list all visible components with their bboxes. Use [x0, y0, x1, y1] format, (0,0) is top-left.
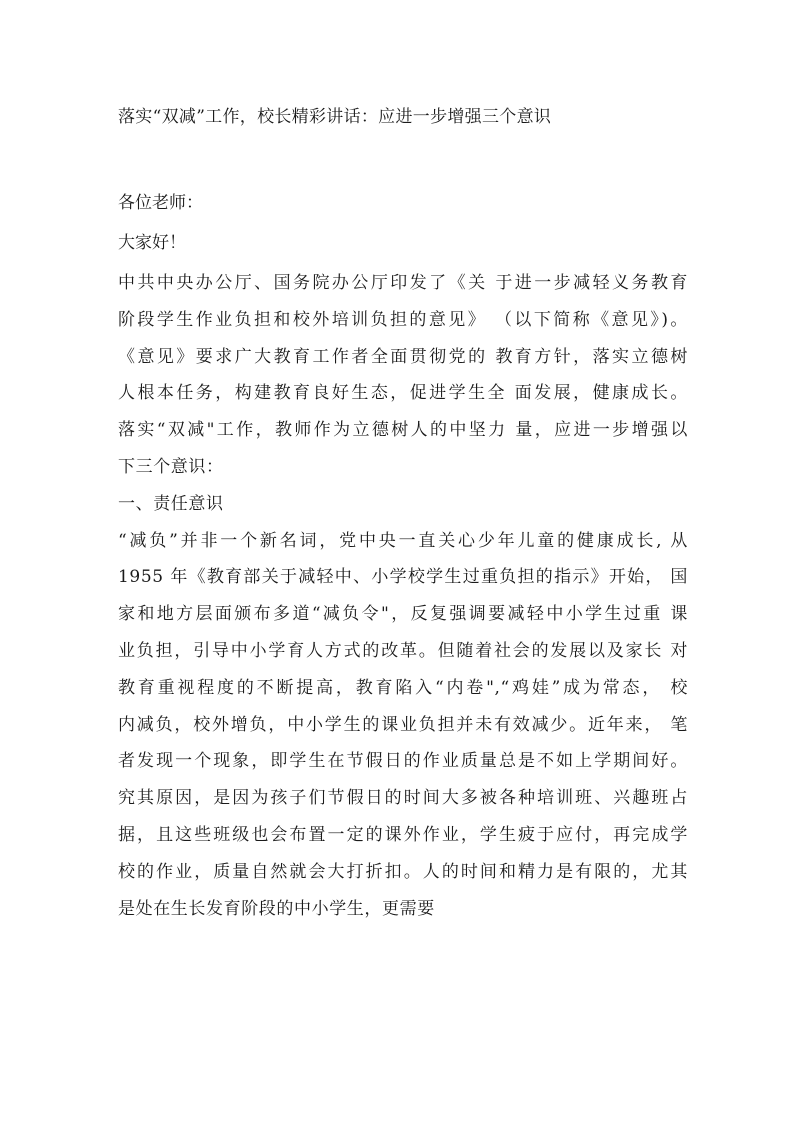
text-line: 《意见》要求广大教育工作者全面贯彻党的 教育方针，落实立德树 — [118, 344, 688, 381]
text-line: 业负担，引导中小学育人方式的改革。但随着社会的发展以及家长 对 — [118, 638, 688, 675]
text-line: 据，且这些班级也会布置一定的课外作业，学生疲于应付，再完成学 — [118, 822, 688, 859]
text-line: 中共中央办公厅、国务院办公厅印发了《关 于进一步减轻义务教育 — [118, 270, 688, 307]
text-line: 人根本任务，构建教育良好生态，促进学生全 面发展，健康成长。 — [118, 380, 688, 417]
text-line: 1955 年《教育部关于减轻中、小学校学生过重负担的指示》开始， 国 — [118, 564, 688, 601]
body-text: 中共中央办公厅、国务院办公厅印发了《关 于进一步减轻义务教育 阶段学生作业负担和… — [118, 270, 688, 932]
section-heading: 一、责任意识 — [118, 491, 688, 528]
text-line: 阶段学生作业负担和校外培训负担的意见》 （以下简称《意见》)。 — [118, 307, 688, 344]
text-line: 者发现一个现象，即学生在节假日的作业质量总是不如上学期间好。 — [118, 748, 688, 785]
salutation: 各位老师： — [118, 190, 203, 216]
text-line: 究其原因，是因为孩子们节假日的时间大多被各种培训班、兴趣班占 — [118, 785, 688, 822]
text-line: 内减负，校外增负，中小学生的课业负担并未有效减少。近年来， 笔 — [118, 712, 688, 749]
text-line: 是处在生长发育阶段的中小学生，更需要 — [118, 896, 688, 933]
text-line: 教育重视程度的不断提高，教育陷入“内卷",“鸡娃”成为常态， 校 — [118, 675, 688, 712]
text-line: 家和地方层面颁布多道“减负令"，反复强调要减轻中小学生过重 课 — [118, 601, 688, 638]
text-line: “减负”并非一个新名词，党中央一直关心少年儿童的健康成长, 从 — [118, 528, 688, 565]
document-title: 落实“双减”工作，校长精彩讲话：应进一步增强三个意识 — [118, 104, 551, 130]
text-line: 校的作业，质量自然就会大打折扣。人的时间和精力是有限的，尤其 — [118, 859, 688, 896]
text-line: 下三个意识： — [118, 454, 688, 491]
text-line: 落实“双减"工作，教师作为立德树人的中坚力 量，应进一步增强以 — [118, 417, 688, 454]
greeting: 大家好！ — [118, 230, 186, 256]
